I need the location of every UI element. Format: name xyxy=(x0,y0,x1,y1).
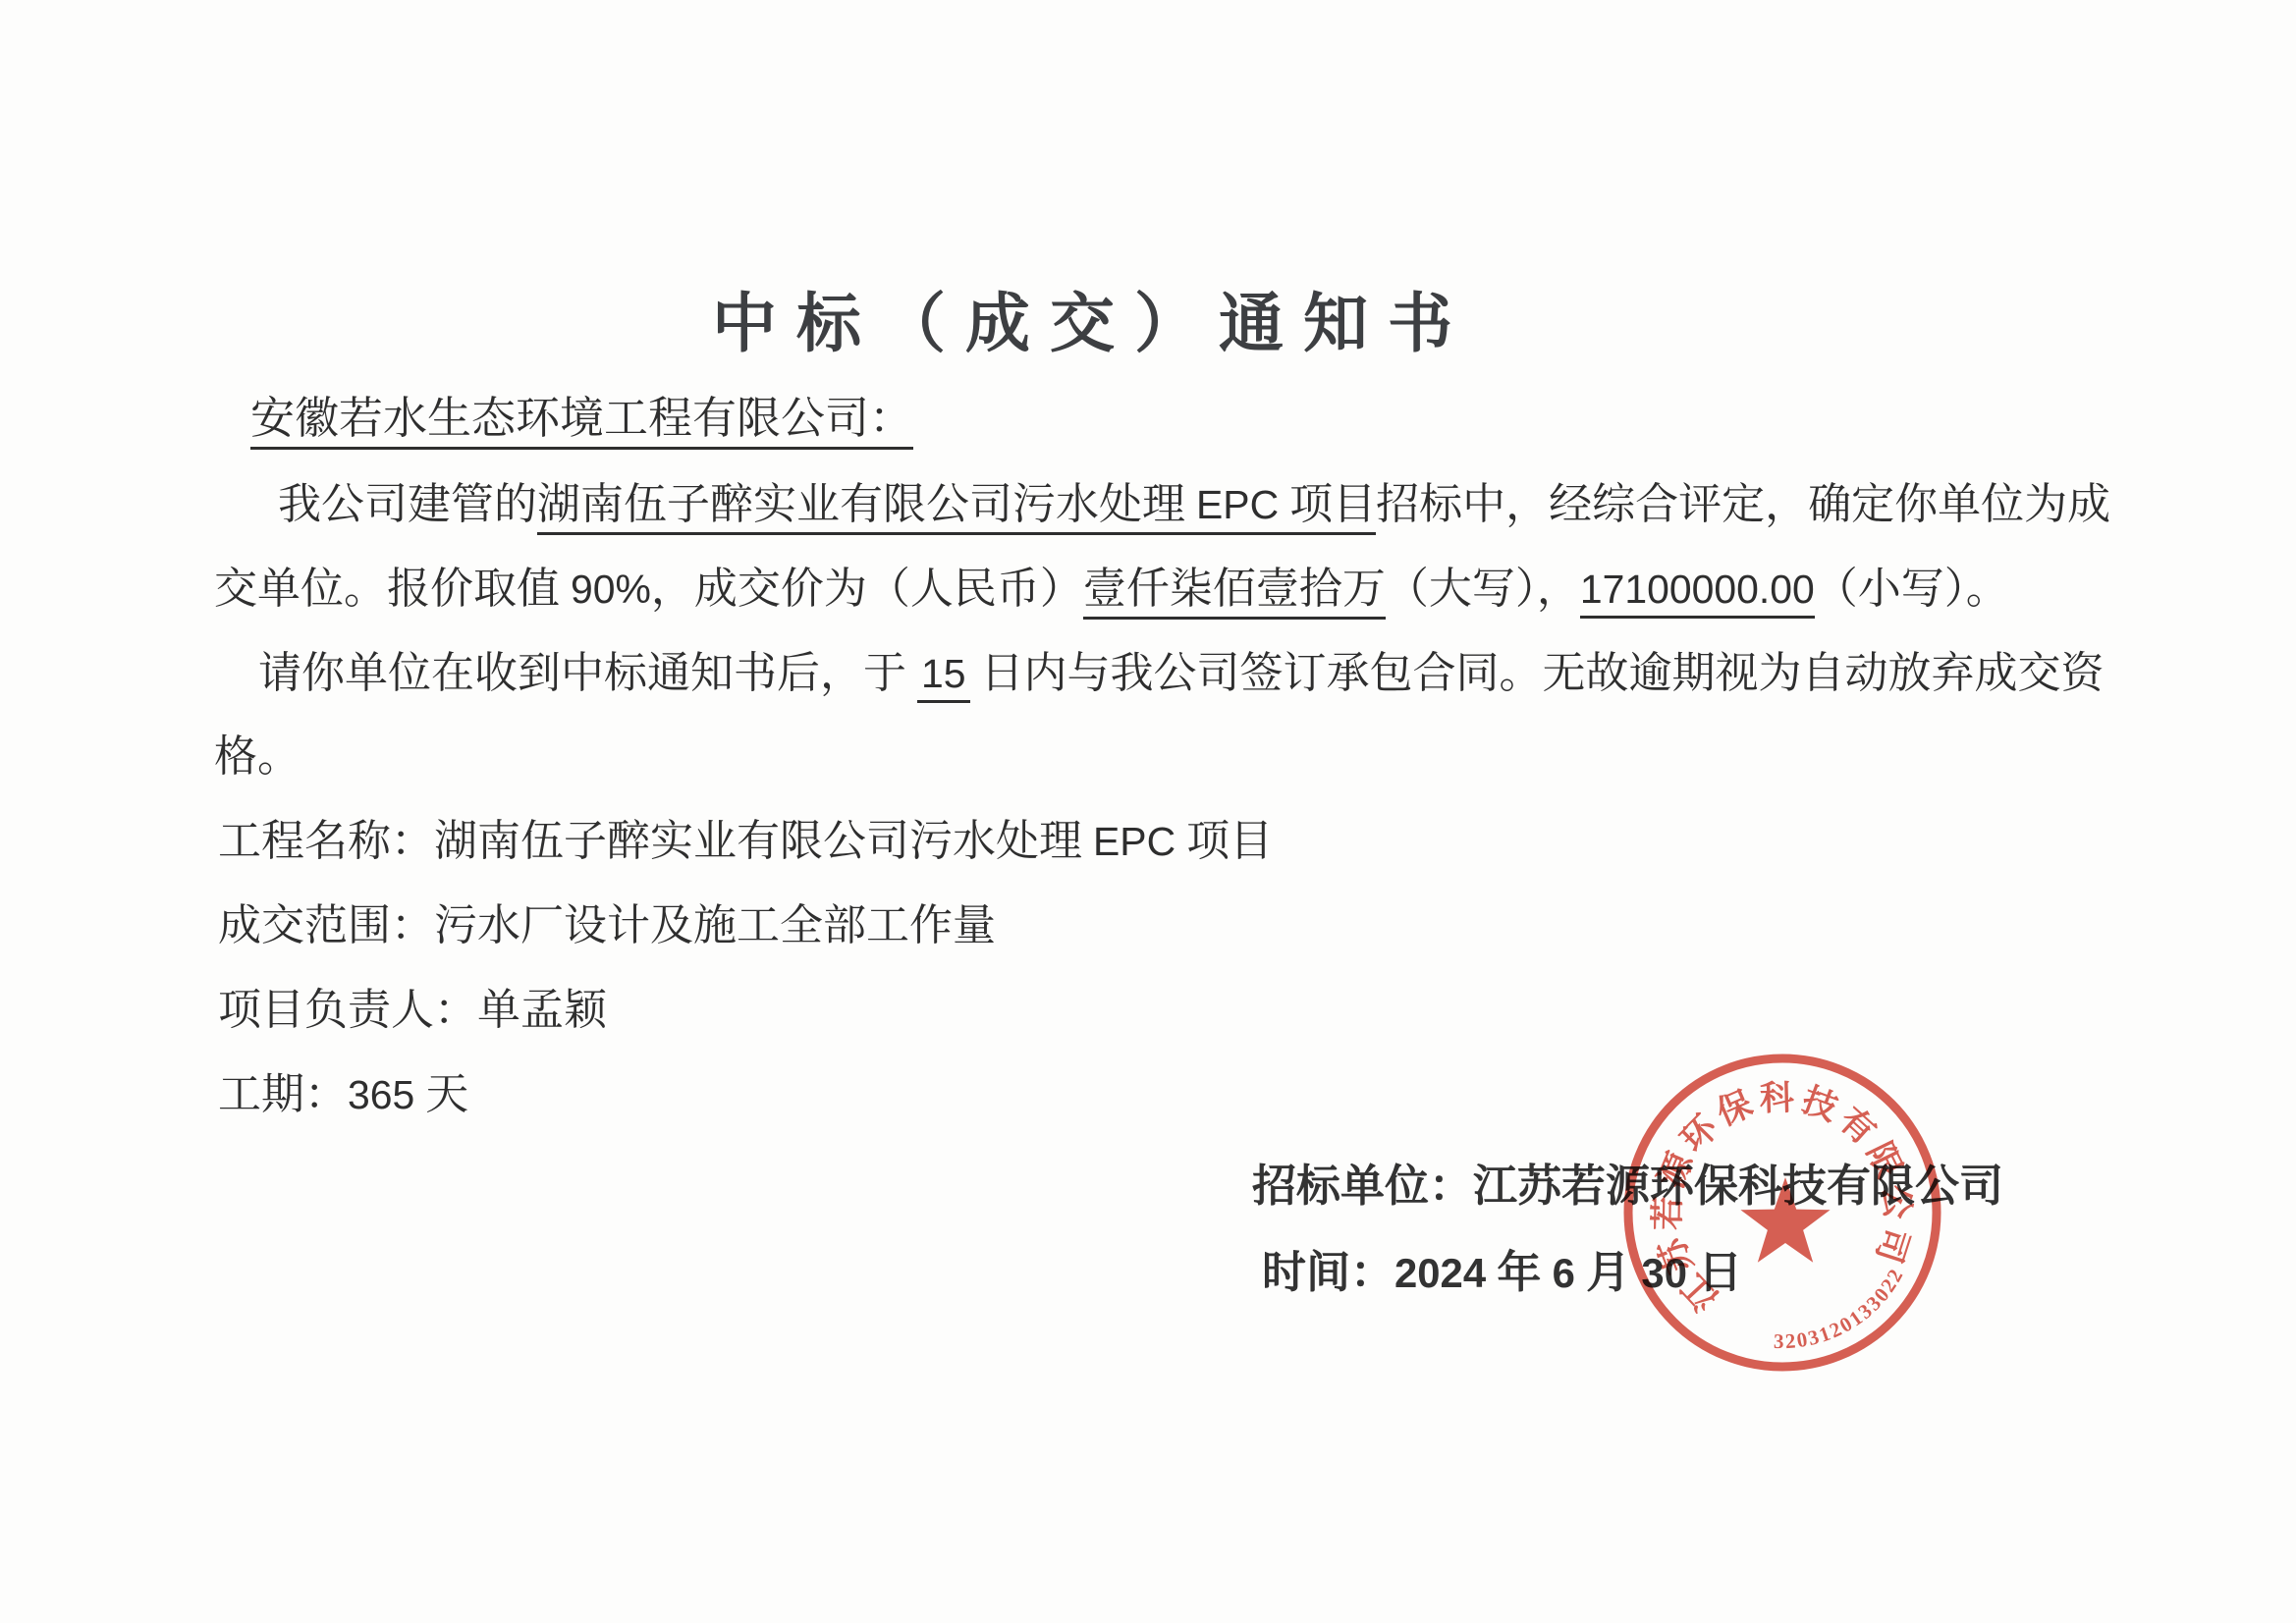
field-duration: 工期：365 天 xyxy=(218,1067,468,1121)
discount-percent: 90% xyxy=(571,567,651,612)
addressee-underlined: 安徽若水生态环境工程有限公司： xyxy=(250,394,913,450)
field-value: 单孟颖 xyxy=(477,986,607,1034)
document-title: 中标（成交）通知书 xyxy=(712,271,1472,364)
paragraph1-line1: 我公司建管的湖南伍子醉实业有限公司污水处理 EPC 项目招标中，经综合评定，确定… xyxy=(278,477,2110,531)
tendering-org-label: 招标单位： xyxy=(1252,1162,1473,1211)
field-project-manager: 项目负责人：单孟颖 xyxy=(218,983,607,1037)
field-label: 项目负责人： xyxy=(218,986,477,1034)
date-label: 时间： xyxy=(1262,1248,1394,1297)
field-label: 工期： xyxy=(218,1070,348,1118)
paragraph2-line1: 请你单位在收到中标通知书后，于 15 日内与我公司签订承包合同。无故逾期视为自动… xyxy=(258,646,2105,700)
seal-code: 3203120133022 xyxy=(1774,1264,1909,1353)
paragraph2-line2: 格。 xyxy=(214,730,301,784)
days-underlined: 15 xyxy=(917,651,970,703)
field-project-name: 工程名称：湖南伍子醉实业有限公司污水处理 EPC 项目 xyxy=(218,814,1273,868)
field-label: 工程名称： xyxy=(218,817,434,865)
addressee-line: 安徽若水生态环境工程有限公司： xyxy=(250,391,913,446)
project-name-underlined: 湖南伍子醉实业有限公司污水处理 EPC 项目 xyxy=(537,480,1376,535)
seal-star-icon xyxy=(1740,1177,1830,1263)
company-seal-stamp: 江苏若源环保科技有限公司 3203120133022 xyxy=(1615,1046,1949,1380)
paragraph1-line2: 交单位。报价取值 90%，成交价为（人民币）壹仟柒佰壹拾万（大写），171000… xyxy=(214,562,2009,616)
field-value: 污水厂设计及施工全部工作量 xyxy=(434,901,996,949)
document-page: 中标（成交）通知书 安徽若水生态环境工程有限公司： 我公司建管的湖南伍子醉实业有… xyxy=(0,0,2296,1623)
field-label: 成交范围： xyxy=(218,901,434,949)
field-scope: 成交范围：污水厂设计及施工全部工作量 xyxy=(218,898,996,952)
duration-days: 365 xyxy=(348,1072,414,1117)
price-in-figures-underlined: 17100000.00 xyxy=(1580,567,1815,619)
price-in-words-underlined: 壹仟柒佰壹拾万 xyxy=(1083,565,1386,620)
